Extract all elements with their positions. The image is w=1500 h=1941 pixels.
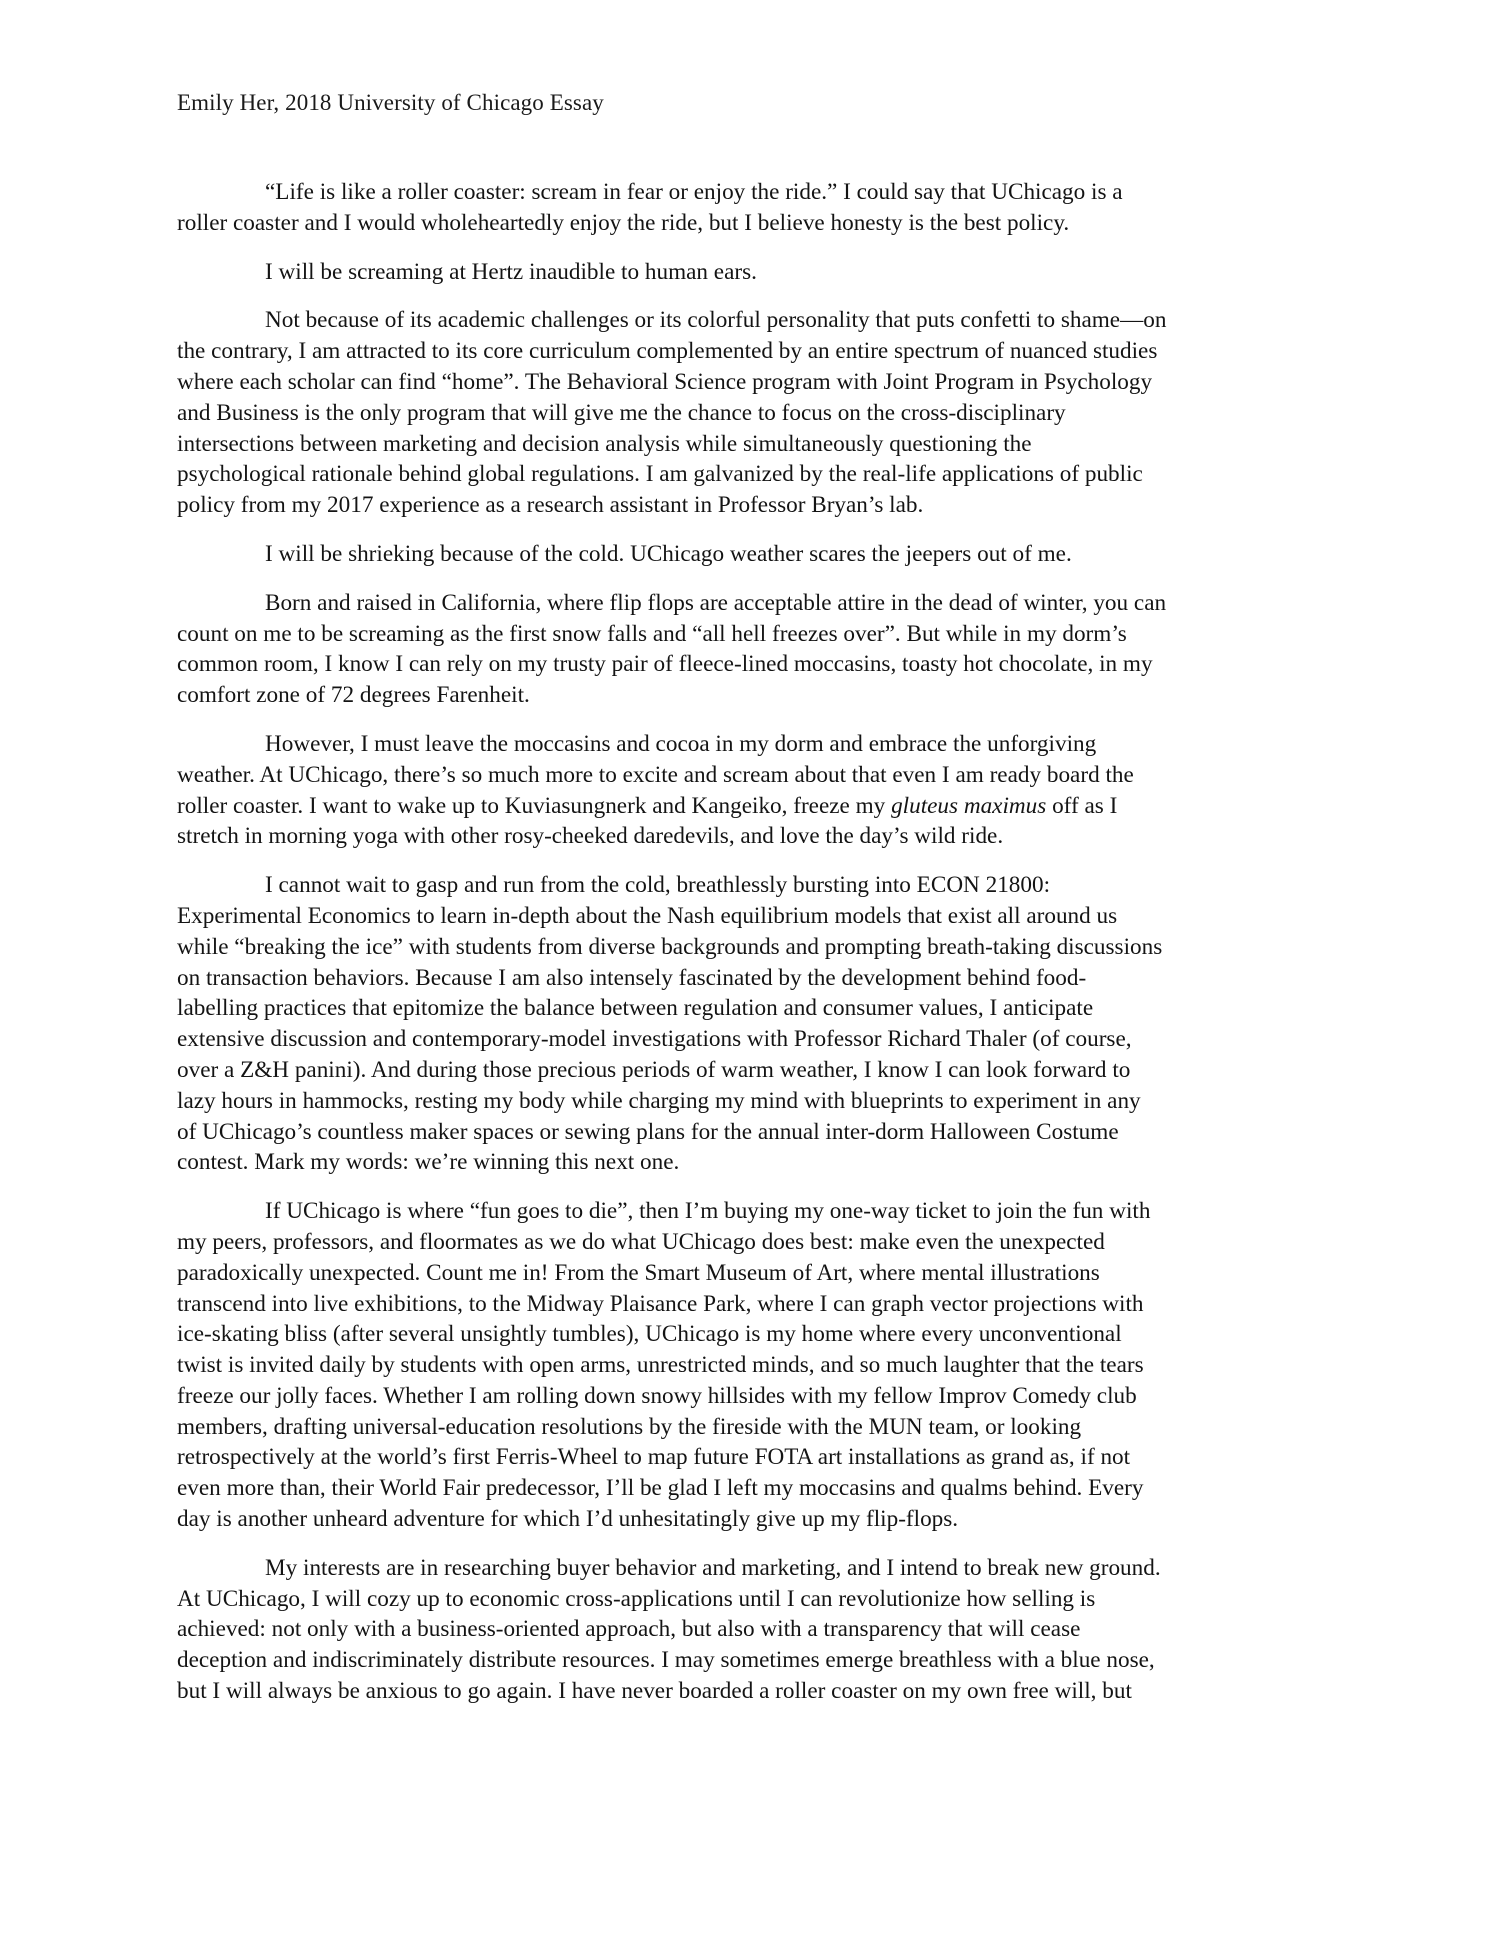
- text-line: while “breaking the ice” with students f…: [177, 932, 1329, 963]
- text-line: roller coaster and I would wholeheartedl…: [177, 208, 1329, 239]
- paragraph-1: “Life is like a roller coaster: scream i…: [177, 177, 1329, 239]
- document-page: Emily Her, 2018 University of Chicago Es…: [0, 0, 1500, 1941]
- text-line: count on me to be screaming as the first…: [177, 619, 1329, 650]
- italic-phrase: gluteus maximus: [891, 793, 1046, 819]
- text-line: lazy hours in hammocks, resting my body …: [177, 1086, 1329, 1117]
- text-segment: off as I: [1046, 793, 1117, 819]
- text-line: and Business is the only program that wi…: [177, 398, 1329, 429]
- text-line: members, drafting universal-education re…: [177, 1412, 1329, 1443]
- text-line: I will be screaming at Hertz inaudible t…: [177, 257, 1329, 288]
- text-line: paradoxically unexpected. Count me in! F…: [177, 1258, 1329, 1289]
- text-line: labelling practices that epitomize the b…: [177, 993, 1329, 1024]
- text-line: intersections between marketing and deci…: [177, 429, 1329, 460]
- text-line: twist is invited daily by students with …: [177, 1350, 1329, 1381]
- text-segment: roller coaster. I want to wake up to Kuv…: [177, 793, 891, 819]
- text-line: Born and raised in California, where fli…: [177, 588, 1329, 619]
- text-line: on transaction behaviors. Because I am a…: [177, 963, 1329, 994]
- text-line: roller coaster. I want to wake up to Kuv…: [177, 791, 1329, 822]
- text-line: day is another unheard adventure for whi…: [177, 1504, 1329, 1535]
- text-line: common room, I know I can rely on my tru…: [177, 649, 1329, 680]
- text-line: retrospectively at the world’s first Fer…: [177, 1442, 1329, 1473]
- text-line: deception and indiscriminately distribut…: [177, 1645, 1329, 1676]
- text-line: psychological rationale behind global re…: [177, 459, 1329, 490]
- text-line: contest. Mark my words: we’re winning th…: [177, 1147, 1329, 1178]
- text-line: At UChicago, I will cozy up to economic …: [177, 1584, 1329, 1615]
- paragraph-6: However, I must leave the moccasins and …: [177, 729, 1329, 852]
- text-line: freeze our jolly faces. Whether I am rol…: [177, 1381, 1329, 1412]
- text-line: weather. At UChicago, there’s so much mo…: [177, 760, 1329, 791]
- text-line: “Life is like a roller coaster: scream i…: [177, 177, 1329, 208]
- text-line: Not because of its academic challenges o…: [177, 305, 1329, 336]
- text-line: policy from my 2017 experience as a rese…: [177, 490, 1329, 521]
- page-header: Emily Her, 2018 University of Chicago Es…: [177, 88, 604, 118]
- paragraph-2: I will be screaming at Hertz inaudible t…: [177, 257, 1329, 288]
- essay-body: “Life is like a roller coaster: scream i…: [177, 177, 1329, 1725]
- text-line: transcend into live exhibitions, to the …: [177, 1289, 1329, 1320]
- text-line: over a Z&H panini). And during those pre…: [177, 1055, 1329, 1086]
- text-line: I cannot wait to gasp and run from the c…: [177, 870, 1329, 901]
- text-line: My interests are in researching buyer be…: [177, 1553, 1329, 1584]
- text-line: comfort zone of 72 degrees Farenheit.: [177, 680, 1329, 711]
- paragraph-8: If UChicago is where “fun goes to die”, …: [177, 1196, 1329, 1535]
- paragraph-4: I will be shrieking because of the cold.…: [177, 539, 1329, 570]
- text-line: the contrary, I am attracted to its core…: [177, 336, 1329, 367]
- text-line: ice-skating bliss (after several unsight…: [177, 1319, 1329, 1350]
- text-line: even more than, their World Fair predece…: [177, 1473, 1329, 1504]
- text-line: achieved: not only with a business-orien…: [177, 1614, 1329, 1645]
- text-line: extensive discussion and contemporary-mo…: [177, 1024, 1329, 1055]
- text-line: but I will always be anxious to go again…: [177, 1676, 1329, 1707]
- paragraph-3: Not because of its academic challenges o…: [177, 305, 1329, 521]
- text-line: of UChicago’s countless maker spaces or …: [177, 1117, 1329, 1148]
- text-line: If UChicago is where “fun goes to die”, …: [177, 1196, 1329, 1227]
- paragraph-5: Born and raised in California, where fli…: [177, 588, 1329, 711]
- text-line: stretch in morning yoga with other rosy-…: [177, 821, 1329, 852]
- text-line: where each scholar can find “home”. The …: [177, 367, 1329, 398]
- text-line: Experimental Economics to learn in-depth…: [177, 901, 1329, 932]
- text-line: However, I must leave the moccasins and …: [177, 729, 1329, 760]
- paragraph-7: I cannot wait to gasp and run from the c…: [177, 870, 1329, 1178]
- text-line: I will be shrieking because of the cold.…: [177, 539, 1329, 570]
- paragraph-9: My interests are in researching buyer be…: [177, 1553, 1329, 1707]
- text-line: my peers, professors, and floormates as …: [177, 1227, 1329, 1258]
